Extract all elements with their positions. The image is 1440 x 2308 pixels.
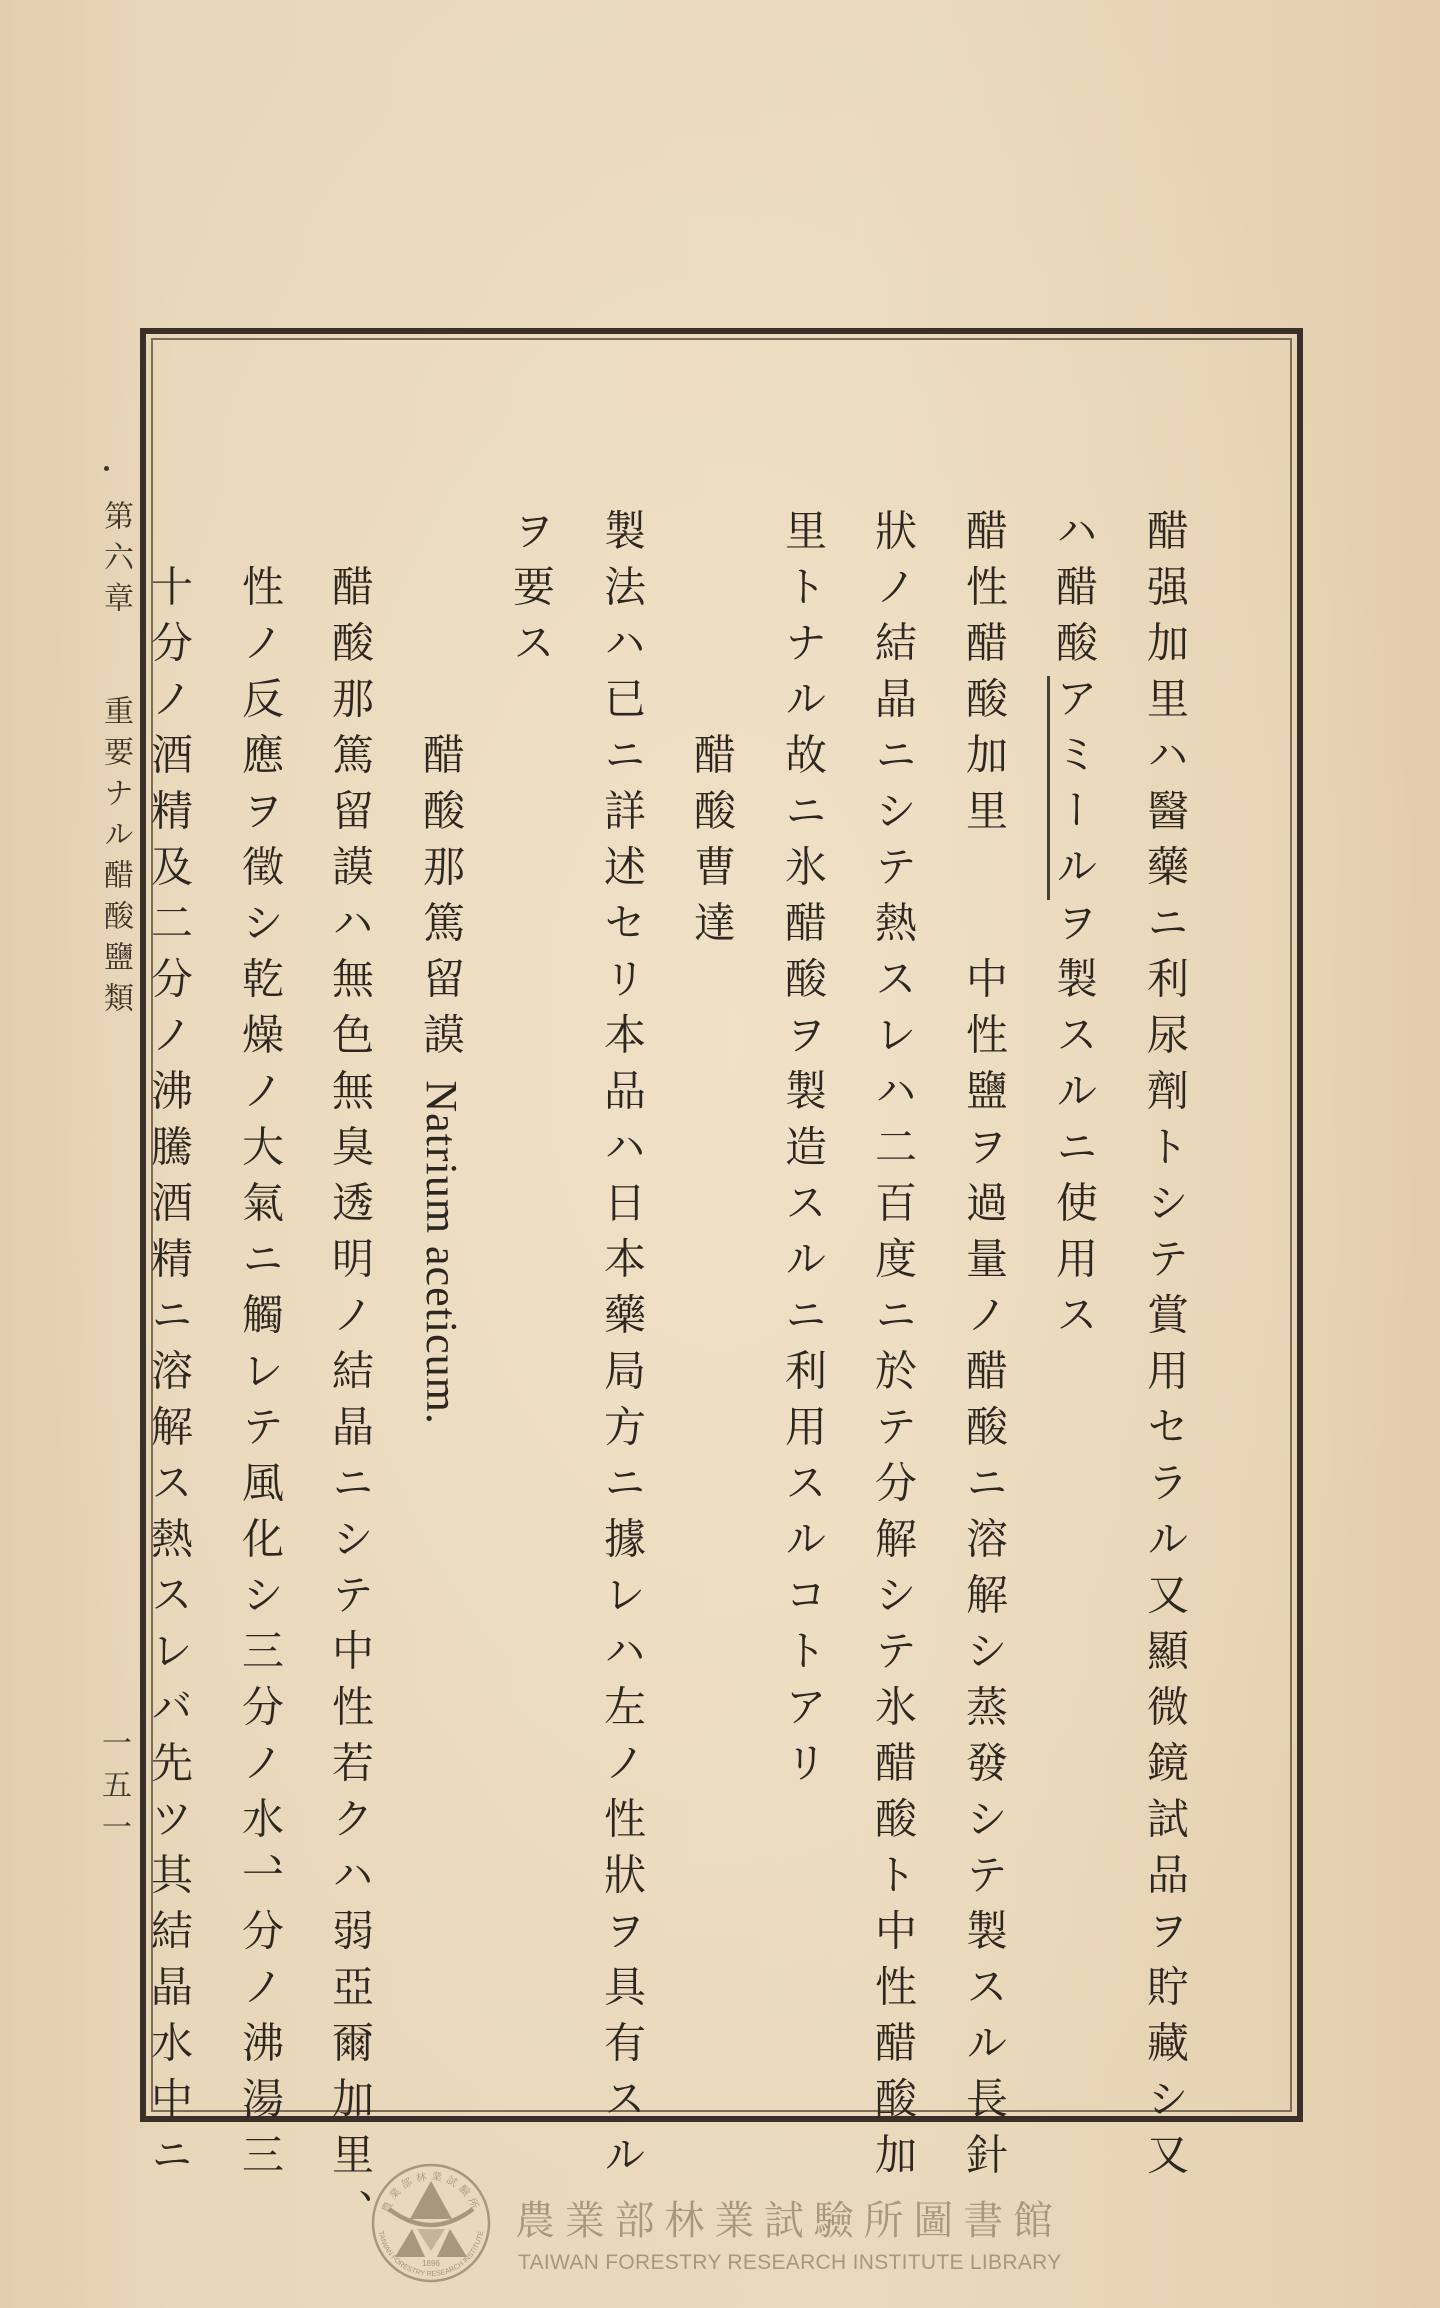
text-segment: 十分ノ酒精及二分ノ沸騰酒精ニ溶解ス熱スレバ先ツ其結晶水中ニ — [145, 508, 194, 2188]
seal-year: 1896 — [422, 2259, 440, 2268]
text-column-3: 醋性醋酸加里 中性鹽ヲ過量ノ醋酸ニ溶解シ蒸發シテ製スル長針 — [1012, 399, 1068, 2119]
library-name-english: TAIWAN FORESTRY RESEARCH INSTITUTE LIBRA… — [518, 2251, 1062, 2275]
book-page: 第六章 重要ナル醋酸鹽類 一五一 醋强加里ハ醫藥ニ利尿劑トシテ賞用セラル又顯微鏡… — [0, 0, 1440, 2308]
text-column-1: 醋强加里ハ醫藥ニ利尿劑トシテ賞用セラル又顯微鏡試品ヲ貯藏シ又 — [1193, 399, 1249, 2119]
text-column-8: ヲ要ス — [559, 399, 615, 2119]
text-column-10: 醋酸那篤留謨ハ無色無臭透明ノ結晶ニシテ中性若クハ弱亞爾加里、 — [378, 399, 434, 2119]
chapter-title: 重要ナル醋酸鹽類 — [93, 695, 137, 1023]
page-number: 一五一 — [91, 1727, 135, 1853]
text-column-7: 製法ハ已ニ詳述セリ本品ハ日本藥局方ニ據レハ左ノ性狀ヲ具有スル — [650, 399, 706, 2119]
margin-dot — [104, 466, 109, 471]
section-heading-natrium-aceticum: 醋酸那篤留謨 Natrium aceticum. — [469, 399, 525, 2119]
text-column-5: 里トナル故ニ氷醋酸ヲ製造スルニ利用スルコトアリ — [831, 399, 887, 2119]
text-column-4: 狀ノ結晶ニシテ熱スレハ二百度ニ於テ分解シテ氷醋酸ト中性醋酸加 — [921, 399, 977, 2119]
library-seal-icon: 1896 農業部林業試驗所 TAIWAN FORESTRY RESEARCH I… — [367, 2159, 495, 2287]
section-heading-sodium-soda: 醋酸曹達 — [740, 399, 796, 2119]
chapter-label: 第六章 — [93, 500, 137, 623]
text-column-11: 性ノ反應ヲ徵シ乾燥ノ大氣ニ觸レテ風化シ三分ノ水、一分ノ沸湯三 — [288, 399, 344, 2119]
text-column-12: 十分ノ酒精及二分ノ沸騰酒精ニ溶解ス熱スレバ先ツ其結晶水中ニ — [197, 399, 253, 2119]
text-column-2: ハ醋酸アミールヲ製スルニ使用ス — [1102, 399, 1158, 2119]
library-name-chinese: 農業部林業試驗所圖書館 — [515, 2199, 1063, 2243]
